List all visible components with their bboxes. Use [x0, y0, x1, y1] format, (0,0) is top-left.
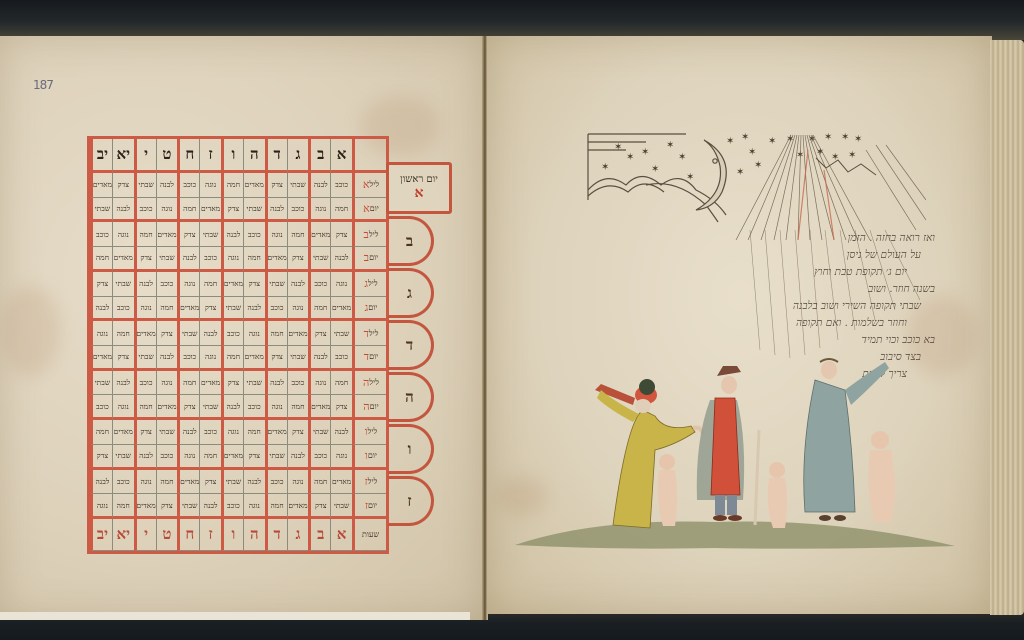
planet-cell: מאדים: [221, 272, 243, 297]
planet-cell: שבתי: [177, 321, 199, 346]
planet-cell: כוכב: [330, 346, 352, 371]
planet-cell: מאדים: [156, 395, 178, 420]
planet-cell: מאדים: [199, 371, 221, 396]
row-label: לילב: [352, 222, 386, 247]
svg-text:✶: ✶: [786, 134, 794, 145]
planet-cell: חמה: [308, 297, 330, 322]
hour-footer: יא: [112, 519, 134, 551]
svg-text:✶: ✶: [686, 172, 694, 183]
row-label-mark: א: [363, 202, 370, 215]
planet-cell: חמה: [243, 247, 265, 272]
row-label: יוםד: [352, 346, 386, 371]
row-label-text: יום: [370, 204, 379, 213]
planet-cell: שבתי: [308, 247, 330, 272]
row-label-text: ליל: [369, 378, 379, 387]
planet-cell: כוכב: [112, 470, 134, 495]
planet-cell: נוגה: [177, 272, 199, 297]
svg-text:✶: ✶: [726, 136, 734, 147]
planet-cell: לבנה: [156, 346, 178, 371]
planet-cell: שבתי: [112, 272, 134, 297]
planet-cell: נוגה: [265, 395, 287, 420]
planet-cell: חמה: [221, 173, 243, 198]
planet-cell: מאדים: [287, 321, 309, 346]
planet-cell: נוגה: [221, 420, 243, 445]
row-label-text: יום: [369, 352, 378, 361]
open-manuscript: 187 אבגדהוזחטייאיבלילאכוכבלבנהשבתיצדקמאד…: [0, 0, 1024, 640]
planet-cell: נוגה: [308, 198, 330, 223]
hour-header: ו: [221, 139, 243, 173]
planet-cell: צדק: [156, 494, 178, 519]
svg-text:✶: ✶: [614, 142, 622, 153]
planet-cell: נוגה: [134, 470, 156, 495]
planet-cell: נוגה: [112, 222, 134, 247]
planet-cell: צדק: [330, 395, 352, 420]
svg-text:✶: ✶: [754, 160, 762, 171]
planet-cell: מאדים: [330, 470, 352, 495]
planet-cell: לבנה: [156, 173, 178, 198]
planet-cell: שבתי: [134, 173, 156, 198]
svg-text:✶: ✶: [666, 140, 674, 151]
row-label: לילג: [352, 272, 386, 297]
hour-header: ט: [156, 139, 178, 173]
planet-cell: שבתי: [156, 247, 178, 272]
row-label-text: יום: [368, 501, 377, 510]
figure-red-coat: [697, 366, 759, 525]
script-line: שבתי תקופה השירי ושוב בלבנה: [555, 298, 935, 315]
hour-header: ה: [243, 139, 265, 173]
row-label-mark: ב: [364, 251, 369, 264]
planet-cell: צדק: [112, 346, 134, 371]
planet-cell: חמה: [287, 222, 309, 247]
planet-cell: כוכב: [199, 247, 221, 272]
day-tab-letter: א: [415, 185, 424, 202]
planet-cell: צדק: [90, 272, 112, 297]
planet-cell: צדק: [330, 222, 352, 247]
planet-cell: צדק: [134, 420, 156, 445]
planet-cell: חמה: [308, 470, 330, 495]
svg-text:✶: ✶: [736, 167, 744, 178]
planet-cell: חמה: [112, 321, 134, 346]
planet-cell: לבנה: [90, 297, 112, 322]
hour-footer: י: [134, 519, 156, 551]
planet-cell: נוגה: [287, 297, 309, 322]
row-label-text: יום: [368, 451, 377, 460]
row-label: יוםג: [352, 297, 386, 322]
planet-cell: נוגה: [199, 173, 221, 198]
planet-cell: שבתי: [134, 346, 156, 371]
planet-cell: שבתי: [177, 494, 199, 519]
planet-cell: חמה: [156, 470, 178, 495]
planet-cell: לבנה: [221, 222, 243, 247]
planet-cell: מאדים: [308, 222, 330, 247]
planet-cell: צדק: [134, 247, 156, 272]
planet-cell: כוכב: [243, 222, 265, 247]
hour-footer: ו: [221, 519, 243, 551]
planet-cell: כוכב: [134, 371, 156, 396]
svg-text:✶: ✶: [641, 147, 649, 158]
row-label-mark: ז: [365, 499, 368, 512]
row-label-mark: ב: [364, 228, 369, 241]
svg-text:✶: ✶: [626, 152, 634, 163]
script-line: ואז רואה בחזה . הזמן: [555, 230, 935, 247]
planet-cell: שבתי: [287, 346, 309, 371]
planet-cell: מאדים: [112, 420, 134, 445]
row-label: יוםב: [352, 247, 386, 272]
planet-cell: שבתי: [221, 297, 243, 322]
planet-cell: חמה: [287, 395, 309, 420]
row-label-text: ליל: [368, 427, 378, 436]
planet-cell: נוגה: [156, 198, 178, 223]
planet-cell: שבתי: [265, 272, 287, 297]
hour-header: ג: [287, 139, 309, 173]
planet-cell: מאדים: [265, 420, 287, 445]
hour-header: יב: [90, 139, 112, 173]
planet-cell: מאדים: [134, 494, 156, 519]
planet-cell: מאדים: [177, 297, 199, 322]
planet-cell: כוכב: [221, 321, 243, 346]
hour-footer: ז: [199, 519, 221, 551]
planet-cell: לבנה: [308, 173, 330, 198]
table-corner: [352, 139, 386, 173]
planet-cell: לבנה: [134, 445, 156, 470]
folio-number: 187: [33, 78, 53, 92]
planet-cell: מאדים: [134, 321, 156, 346]
planet-cell: צדק: [243, 272, 265, 297]
planet-cell: צדק: [199, 470, 221, 495]
planet-cell: מאדים: [112, 247, 134, 272]
child-3: [868, 431, 895, 522]
svg-text:✶: ✶: [824, 132, 832, 143]
row-label-text: ליל: [368, 477, 378, 486]
book-cover-top: [0, 0, 1024, 40]
hour-header: יא: [112, 139, 134, 173]
planet-cell: צדק: [112, 173, 134, 198]
planet-cell: לבנה: [265, 371, 287, 396]
planet-cell: מאדים: [287, 494, 309, 519]
planet-cell: חמה: [330, 371, 352, 396]
planet-cell: נוגה: [90, 494, 112, 519]
planet-cell: שבתי: [90, 198, 112, 223]
planet-cell: נוגה: [287, 470, 309, 495]
child-2: [768, 462, 787, 528]
row-label-text: ליל: [369, 329, 379, 338]
hour-header: י: [134, 139, 156, 173]
svg-text:✶: ✶: [741, 132, 749, 143]
planet-cell: לבנה: [177, 420, 199, 445]
planet-cell: כוכב: [156, 272, 178, 297]
planet-cell: חמה: [134, 395, 156, 420]
row-label: לילה: [352, 371, 386, 396]
planet-cell: נוגה: [112, 395, 134, 420]
planet-cell: כוכב: [265, 297, 287, 322]
planet-cell: נוגה: [156, 371, 178, 396]
planet-cell: נוגה: [243, 494, 265, 519]
planet-cell: חמה: [90, 420, 112, 445]
hour-header: ח: [177, 139, 199, 173]
row-label: יוםז: [352, 494, 386, 519]
planet-cell: צדק: [177, 395, 199, 420]
planet-cell: צדק: [287, 247, 309, 272]
planet-cell: נוגה: [330, 445, 352, 470]
planet-cell: לבנה: [308, 346, 330, 371]
planet-cell: כוכב: [265, 470, 287, 495]
planet-cell: נוגה: [90, 321, 112, 346]
planet-cell: כוכב: [287, 371, 309, 396]
planet-cell: לבנה: [265, 198, 287, 223]
planet-cell: כוכב: [177, 346, 199, 371]
left-page-edge: [0, 612, 470, 620]
planet-cell: מאדים: [90, 173, 112, 198]
planet-cell: שבתי: [90, 371, 112, 396]
planet-cell: נוגה: [243, 321, 265, 346]
planet-cell: שבתי: [112, 445, 134, 470]
child-1: [658, 454, 677, 526]
planet-cell: מאדים: [199, 198, 221, 223]
hour-footer: א: [330, 519, 352, 551]
day-tab-label: יום ראשון: [400, 174, 438, 185]
planet-cell: שבתי: [308, 420, 330, 445]
hour-footer: ט: [156, 519, 178, 551]
planet-cell: כוכב: [308, 272, 330, 297]
planet-cell: חמה: [199, 445, 221, 470]
svg-text:✶: ✶: [841, 132, 849, 143]
svg-text:✶: ✶: [854, 134, 862, 145]
row-label-text: יום: [369, 253, 378, 262]
row-label: יוםה: [352, 395, 386, 420]
planet-cell: מאדים: [308, 395, 330, 420]
planet-cell: צדק: [156, 321, 178, 346]
planet-cell: חמה: [265, 494, 287, 519]
row-label-mark: ד: [364, 327, 369, 340]
script-line: בא כוכב וכוי תמיד: [555, 332, 935, 349]
script-line: יום ג׳ תקופת טבת וחוץ: [555, 264, 935, 281]
planet-cell: לבנה: [330, 247, 352, 272]
planet-cell: לבנה: [287, 272, 309, 297]
planet-cell: שבתי: [330, 321, 352, 346]
row-label: יוםא: [352, 198, 386, 223]
row-label-text: ליל: [369, 230, 379, 239]
planet-cell: חמה: [199, 272, 221, 297]
planet-cell: כוכב: [308, 445, 330, 470]
planet-cell: מאדים: [243, 173, 265, 198]
row-label: לילד: [352, 321, 386, 346]
svg-text:✶: ✶: [651, 164, 659, 175]
row-label: לילא: [352, 173, 386, 198]
planet-cell: חמה: [90, 247, 112, 272]
hour-footer: ה: [243, 519, 265, 551]
row-label-text: ליל: [368, 279, 378, 288]
row-label-mark: ג: [365, 301, 369, 314]
planet-cell: שבתי: [243, 198, 265, 223]
planet-cell: לבנה: [199, 494, 221, 519]
planet-cell: נוגה: [177, 445, 199, 470]
planet-cell: חמה: [112, 494, 134, 519]
row-label: יוםו: [352, 445, 386, 470]
planet-cell: כוכב: [221, 494, 243, 519]
planet-cell: שבתי: [243, 371, 265, 396]
planet-cell: צדק: [265, 173, 287, 198]
row-label-mark: ג: [364, 277, 368, 290]
page-fore-edge: [990, 40, 1024, 615]
planet-cell: כוכב: [243, 395, 265, 420]
planet-cell: צדק: [177, 222, 199, 247]
planet-cell: צדק: [90, 445, 112, 470]
script-line: וחוזר בשלמות . ואם תקופה: [555, 315, 935, 332]
footer-label: שעות: [352, 519, 386, 551]
planet-cell: נוגה: [199, 346, 221, 371]
svg-text:✶: ✶: [678, 152, 686, 163]
hour-footer: יב: [90, 519, 112, 551]
planet-cell: חמה: [177, 371, 199, 396]
planet-cell: כוכב: [134, 198, 156, 223]
planet-cell: מאדים: [243, 346, 265, 371]
row-label-mark: א: [363, 178, 370, 191]
planet-cell: חמה: [134, 222, 156, 247]
planet-cell: חמה: [156, 297, 178, 322]
planet-cell: חמה: [177, 198, 199, 223]
planet-cell: שבתי: [221, 470, 243, 495]
planet-cell: לבנה: [243, 470, 265, 495]
svg-text:✶: ✶: [748, 147, 756, 158]
planet-cell: צדק: [243, 445, 265, 470]
row-label-mark: ה: [363, 376, 369, 389]
planet-cell: חמה: [243, 420, 265, 445]
figures-illustration: [515, 350, 955, 560]
svg-text:✶: ✶: [601, 162, 609, 173]
row-label-text: יום: [368, 303, 377, 312]
row-label-mark: ד: [364, 350, 369, 363]
planet-cell: צדק: [221, 371, 243, 396]
planet-cell: מאדים: [90, 346, 112, 371]
hour-header: א: [330, 139, 352, 173]
planet-cell: נוגה: [265, 222, 287, 247]
planet-cell: שבתי: [287, 173, 309, 198]
row-label-mark: ו: [365, 449, 368, 462]
svg-text:✶: ✶: [848, 150, 856, 161]
planet-cell: כוכב: [287, 198, 309, 223]
planet-cell: שבתי: [156, 420, 178, 445]
planet-cell: נוגה: [330, 272, 352, 297]
planet-cell: כוכב: [199, 420, 221, 445]
hour-footer: ד: [265, 519, 287, 551]
planet-cell: צדק: [221, 198, 243, 223]
planet-cell: כוכב: [90, 222, 112, 247]
planet-cell: כוכב: [112, 297, 134, 322]
planet-cell: מאדים: [330, 297, 352, 322]
planet-cell: שבתי: [265, 445, 287, 470]
hour-footer: ח: [177, 519, 199, 551]
planet-cell: נוגה: [308, 371, 330, 396]
row-label: לילו: [352, 420, 386, 445]
planet-cell: כוכב: [156, 445, 178, 470]
planet-cell: לבנה: [199, 321, 221, 346]
hour-footer: ג: [287, 519, 309, 551]
planet-cell: חמה: [221, 346, 243, 371]
planet-cell: צדק: [199, 297, 221, 322]
row-label-mark: ה: [363, 400, 369, 413]
planet-cell: כוכב: [330, 173, 352, 198]
planet-cell: מאדים: [265, 247, 287, 272]
planet-cell: לבנה: [177, 247, 199, 272]
row-label: לילז: [352, 470, 386, 495]
planet-cell: שבתי: [199, 222, 221, 247]
hour-header: ד: [265, 139, 287, 173]
script-line: בשנה חוזר. ושוב: [555, 281, 935, 298]
row-label-mark: ו: [365, 425, 368, 438]
planet-cell: לבנה: [134, 272, 156, 297]
planet-cell: לבנה: [90, 470, 112, 495]
planet-cell: צדק: [287, 420, 309, 445]
row-label-text: יום: [370, 402, 379, 411]
planet-cell: נוגה: [221, 247, 243, 272]
planet-cell: לבנה: [287, 445, 309, 470]
planet-cell: לבנה: [112, 371, 134, 396]
hour-header: ז: [199, 139, 221, 173]
planet-cell: צדק: [265, 346, 287, 371]
planet-cell: צדק: [308, 321, 330, 346]
planet-cell: נוגה: [134, 297, 156, 322]
script-line: על העולם של ניסן: [555, 247, 935, 264]
planet-cell: לבנה: [243, 297, 265, 322]
planet-cell: לבנה: [221, 395, 243, 420]
planet-cell: מאדים: [177, 470, 199, 495]
planet-cell: לבנה: [330, 420, 352, 445]
celestial-drawing: ✶✶✶✶ ✶✶✶✶ ✶✶✶✶ ✶✶✶✶ ✶✶✶✶ ✶✶✶: [586, 130, 926, 240]
planet-cell: צדק: [308, 494, 330, 519]
planet-cell: חמה: [330, 198, 352, 223]
hour-footer: ב: [308, 519, 330, 551]
svg-text:✶: ✶: [768, 136, 776, 147]
stain: [0, 286, 60, 376]
planet-cell: לבנה: [112, 198, 134, 223]
planet-cell: כוכב: [177, 173, 199, 198]
planet-cell: חמה: [265, 321, 287, 346]
planet-cell: שבתי: [199, 395, 221, 420]
planet-cell: מאדים: [221, 445, 243, 470]
planet-cell: כוכב: [90, 395, 112, 420]
row-label-text: ליל: [370, 180, 380, 189]
planetary-hours-table: אבגדהוזחטייאיבלילאכוכבלבנהשבתיצדקמאדיםחמ…: [87, 136, 389, 554]
hour-header: ב: [308, 139, 330, 173]
figure-yellow-robe: [595, 379, 703, 528]
planet-cell: שבתי: [330, 494, 352, 519]
planet-cell: מאדים: [156, 222, 178, 247]
day-tab-sunday: יום ראשון א: [386, 162, 452, 214]
row-label-mark: ז: [365, 475, 368, 488]
